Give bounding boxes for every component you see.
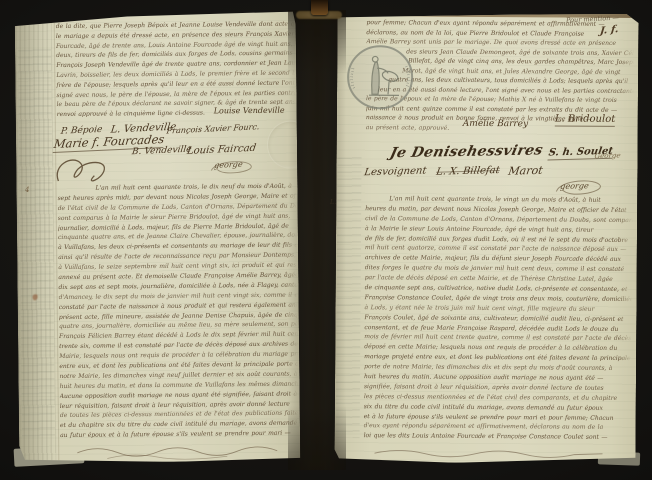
second-marriage-act-text: L'an mil huit cent quarante trois, le vi… (364, 195, 634, 444)
ink-bleedthrough (18, 44, 55, 436)
scanned-register-photo: de la dite, que Pierre Joseph Bépoix et … (0, 0, 652, 480)
renvoi-name: Louise Vendeville (214, 106, 285, 116)
paraph-swirl-icon (552, 176, 604, 198)
ink-bleedthrough (336, 152, 362, 438)
marriage-act-text: L'an mil huit cent quarante trois, le di… (57, 183, 299, 443)
signature-fourcade: François Xavier Fourc. (166, 122, 260, 135)
signature-large: Je Denisehessvires (388, 142, 544, 161)
paraph-flourish (54, 153, 118, 188)
handwritten-line: au futur époux et à la future épouse s'i… (60, 430, 299, 442)
corner-paraph: J. f. (599, 24, 619, 37)
closing-flourish (77, 443, 289, 461)
signature-faircad: Louis Faircad (186, 143, 257, 157)
right-page: ılıllıılıl ıllıılılıı pour femme; Chacun… (334, 12, 638, 464)
signature-lesvoignent: Lesvoignent (363, 166, 427, 179)
signature-billefat: L. X. Billefat (435, 165, 500, 178)
closing-flourish (374, 446, 604, 462)
signature-b-vendeville: B. Vendeville (131, 145, 192, 158)
stamp-ring (348, 46, 412, 108)
left-page: de la dite, que Pierre Joseph Bépoix et … (15, 12, 301, 464)
binding-strap (311, 0, 328, 15)
embossed-seal-impression (264, 118, 316, 172)
paraph-swirl-icon (208, 158, 254, 176)
official-round-stamp: ılıllıılıl ıllıılılıı (345, 44, 415, 110)
margin-number: 4 (25, 186, 29, 194)
signature-amelie-barrey: Amélie Barrey (463, 119, 528, 129)
signature-bridoulot: L. Bridoulot (555, 113, 616, 126)
signature-marot: Marot (507, 164, 543, 178)
signature-george: George (594, 151, 621, 160)
handwritten-line: loi que les dits Louis Antoine Fourcade … (364, 433, 632, 445)
margin-mark: L. (330, 198, 336, 206)
